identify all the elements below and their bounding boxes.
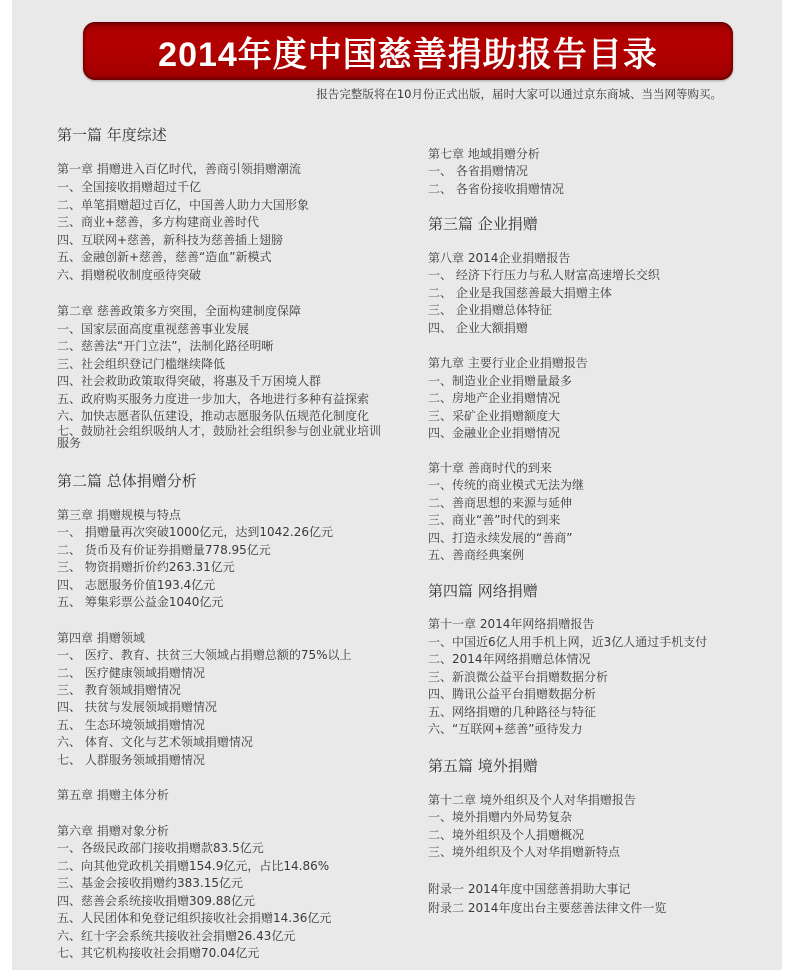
toc-item: 六、“互联网+慈善”亟待发力 — [428, 720, 583, 737]
part-5-title: 第五篇 境外捐赠 — [428, 755, 538, 776]
chapter-2-title: 第二章 慈善政策多方突围，全面构建制度保障 — [57, 302, 301, 319]
toc-item: 一、全国接收捐赠超过千亿 — [57, 178, 201, 195]
toc-item: 三、采矿企业捐赠额度大 — [428, 407, 560, 424]
toc-item: 二、慈善法“开门立法”，法制化路径明晰 — [57, 337, 273, 354]
chapter-1-title: 第一章 捐赠进入百亿时代，善商引领捐赠潮流 — [57, 160, 301, 177]
toc-item: 三、新浪微公益平台捐赠数据分析 — [428, 668, 608, 685]
part-1-title: 第一篇 年度综述 — [57, 124, 167, 145]
toc-item: 五、网络捐赠的几种路径与特征 — [428, 703, 596, 720]
toc-item: 五、善商经典案例 — [428, 546, 524, 563]
chapter-9-title: 第九章 主要行业企业捐赠报告 — [428, 354, 588, 371]
chapter-6-title: 第六章 捐赠对象分析 — [57, 822, 169, 839]
part-2-title: 第二篇 总体捐赠分析 — [57, 470, 197, 491]
toc-item: 三、基金会接收捐赠约383.15亿元 — [57, 874, 243, 891]
toc-item: 二、 企业是我国慈善最大捐赠主体 — [428, 284, 612, 301]
toc-item: 五、 筹集彩票公益金1040亿元 — [57, 593, 223, 610]
toc-item: 一、 经济下行压力与私人财富高速增长交织 — [428, 266, 660, 283]
toc-item: 七、 人群服务领域捐赠情况 — [57, 751, 205, 768]
appendix-2: 附录二 2014年度出台主要慈善法律文件一览 — [428, 899, 666, 916]
toc-item: 四、慈善会系统接收捐赠309.88亿元 — [57, 892, 255, 909]
chapter-4-title: 第四章 捐赠领域 — [57, 629, 145, 646]
toc-item: 一、国家层面高度重视慈善事业发展 — [57, 320, 249, 337]
title-banner: 2014年度中国慈善捐助报告目录 — [83, 22, 733, 80]
chapter-10-title: 第十章 善商时代的到来 — [428, 459, 552, 476]
chapter-7-title: 第七章 地域捐赠分析 — [428, 145, 540, 162]
toc-item: 二、 各省份接收捐赠情况 — [428, 180, 564, 197]
toc-item: 五、政府购买服务力度进一步加大，各地进行多种有益探索 — [57, 390, 369, 407]
toc-item: 三、 物资捐赠折价约263.31亿元 — [57, 558, 235, 575]
toc-item: 四、腾讯公益平台捐赠数据分析 — [428, 685, 596, 702]
toc-item: 三、境外组织及个人对华捐赠新特点 — [428, 843, 620, 860]
page-title: 2014年度中国慈善捐助报告目录 — [158, 27, 658, 76]
publication-note: 报告完整版将在10月份正式出版，届时大家可以通过京东商城、当当网等购买。 — [316, 86, 722, 102]
toc-item: 二、善商思想的来源与延伸 — [428, 494, 572, 511]
toc-item: 四、 志愿服务价值193.4亿元 — [57, 576, 215, 593]
toc-item: 一、传统的商业模式无法为继 — [428, 476, 584, 493]
toc-item: 二、 医疗健康领域捐赠情况 — [57, 664, 205, 681]
toc-item: 一、制造业企业捐赠量最多 — [428, 372, 572, 389]
toc-item: 七、鼓励社会组织吸纳人才，鼓励社会组织参与创业就业培训服务 — [57, 425, 387, 449]
toc-item: 四、社会救助政策取得突破，将惠及千万困境人群 — [57, 372, 321, 389]
toc-item: 三、 企业捐赠总体特征 — [428, 301, 552, 318]
toc-item: 四、互联网+慈善，新科技为慈善插上翅膀 — [57, 231, 283, 248]
toc-item: 四、打造永续发展的“善商” — [428, 529, 572, 546]
toc-item: 四、 企业大额捐赠 — [428, 319, 528, 336]
toc-item: 六、加快志愿者队伍建设，推动志愿服务队伍规范化制度化 — [57, 407, 369, 424]
toc-item: 一、 医疗、教育、扶贫三大领域占捐赠总额的75%以上 — [57, 646, 352, 663]
toc-item: 一、各级民政部门接收捐赠款83.5亿元 — [57, 839, 264, 856]
chapter-12-title: 第十二章 境外组织及个人对华捐赠报告 — [428, 791, 636, 808]
chapter-5-title: 第五章 捐赠主体分析 — [57, 786, 169, 803]
toc-item: 二、 货币及有价证券捐赠量778.95亿元 — [57, 541, 271, 558]
toc-item: 二、向其他党政机关捐赠154.9亿元，占比14.86% — [57, 857, 329, 874]
toc-item: 二、房地产企业捐赠情况 — [428, 389, 560, 406]
toc-item: 六、捐赠税收制度亟待突破 — [57, 266, 201, 283]
toc-item: 一、 各省捐赠情况 — [428, 162, 528, 179]
toc-item: 二、境外组织及个人捐赠概况 — [428, 826, 584, 843]
toc-item: 五、金融创新+慈善，慈善“造血”新模式 — [57, 248, 272, 265]
toc-item: 二、2014年网络捐赠总体情况 — [428, 650, 591, 667]
chapter-11-title: 第十一章 2014年网络捐赠报告 — [428, 615, 594, 632]
part-3-title: 第三篇 企业捐赠 — [428, 213, 538, 234]
toc-item: 五、人民团体和免登记组织接收社会捐赠14.36亿元 — [57, 909, 331, 926]
toc-item: 三、商业“善”时代的到来 — [428, 511, 560, 528]
toc-item: 三、商业+慈善，多方构建商业善时代 — [57, 213, 259, 230]
toc-item: 三、 教育领域捐赠情况 — [57, 681, 181, 698]
appendix-1: 附录一 2014年度中国慈善捐助大事记 — [428, 880, 630, 897]
toc-item: 一、中国近6亿人用手机上网，近3亿人通过手机支付 — [428, 633, 707, 650]
toc-item: 七、其它机构接收社会捐赠70.04亿元 — [57, 944, 259, 961]
chapter-8-title: 第八章 2014企业捐赠报告 — [428, 249, 570, 266]
toc-item: 四、金融业企业捐赠情况 — [428, 424, 560, 441]
toc-item: 六、红十字会系统共接收社会捐赠26.43亿元 — [57, 927, 295, 944]
chapter-3-title: 第三章 捐赠规模与特点 — [57, 506, 181, 523]
toc-item: 一、境外捐赠内外局势复杂 — [428, 808, 572, 825]
toc-item: 五、 生态环境领域捐赠情况 — [57, 716, 205, 733]
toc-item: 六、 体育、文化与艺术领域捐赠情况 — [57, 733, 253, 750]
toc-item: 三、社会组织登记门槛继续降低 — [57, 355, 225, 372]
toc-item: 四、 扶贫与发展领域捐赠情况 — [57, 698, 217, 715]
toc-item: 一、 捐赠量再次突破1000亿元，达到1042.26亿元 — [57, 523, 333, 540]
part-4-title: 第四篇 网络捐赠 — [428, 580, 538, 601]
toc-item: 二、单笔捐赠超过百亿，中国善人助力大国形象 — [57, 196, 309, 213]
